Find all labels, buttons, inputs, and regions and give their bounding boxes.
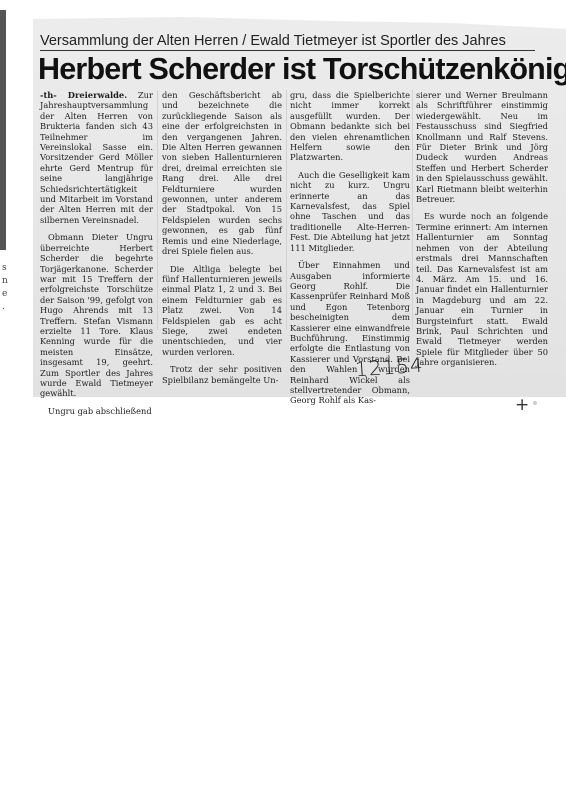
column-divider (286, 90, 287, 330)
paragraph: Ungru gab abschließend (40, 406, 153, 416)
article-column-2: den Geschäftsbericht ab und bezeichnete … (162, 90, 282, 392)
paragraph: sierer und Werner Breulmann als Schriftf… (416, 90, 548, 204)
column-divider (412, 90, 413, 330)
paragraph: Über Einnahmen und Ausgaben informierte … (290, 260, 410, 406)
paragraph: Es wurde noch an folgende Termine erinne… (416, 211, 548, 367)
dateline: -th- Dreierwalde. (40, 90, 127, 100)
adjacent-clipping-edge (0, 10, 6, 250)
paragraph-text: Zur Jahres­hauptversammlung der Alten He… (40, 90, 153, 225)
column-divider (157, 90, 158, 330)
handwritten-archive-number: 12154 (354, 353, 424, 382)
fragment-char: n (2, 275, 8, 288)
paragraph: Obmann Dieter Ungru überreichte Herbert … (40, 232, 153, 399)
article-column-1: -th- Dreierwalde. Zur Jahres­hauptversam… (40, 90, 153, 423)
paragraph: -th- Dreierwalde. Zur Jahres­hauptversam… (40, 90, 153, 225)
article-column-4: sierer und Werner Breulmann als Schriftf… (416, 90, 548, 375)
paragraph: den Geschäftsbericht ab und bezeichnete … (162, 90, 282, 257)
fragment-char: . (2, 301, 8, 314)
paragraph: Die Altliga belegte bei fünf Hallenturni… (162, 264, 282, 358)
crosshair-mark: + (515, 395, 529, 415)
article-kicker: Versammlung der Alten Herren / Ewald Tie… (40, 33, 535, 51)
article-headline: Herbert Scherder ist Torschützenkönig (38, 52, 548, 86)
fragment-char: e (2, 288, 8, 301)
paragraph: Auch die Geselligkeit kam nicht zu kurz.… (290, 170, 410, 253)
paragraph: Trotz der sehr positiven Spielbilanz bem… (162, 364, 282, 385)
adjacent-text-fragment: s n e . (2, 262, 8, 314)
fragment-char: s (2, 262, 8, 275)
paragraph: gru, dass die Spielberichte nicht immer … (290, 90, 410, 163)
paper-speck (533, 401, 537, 405)
